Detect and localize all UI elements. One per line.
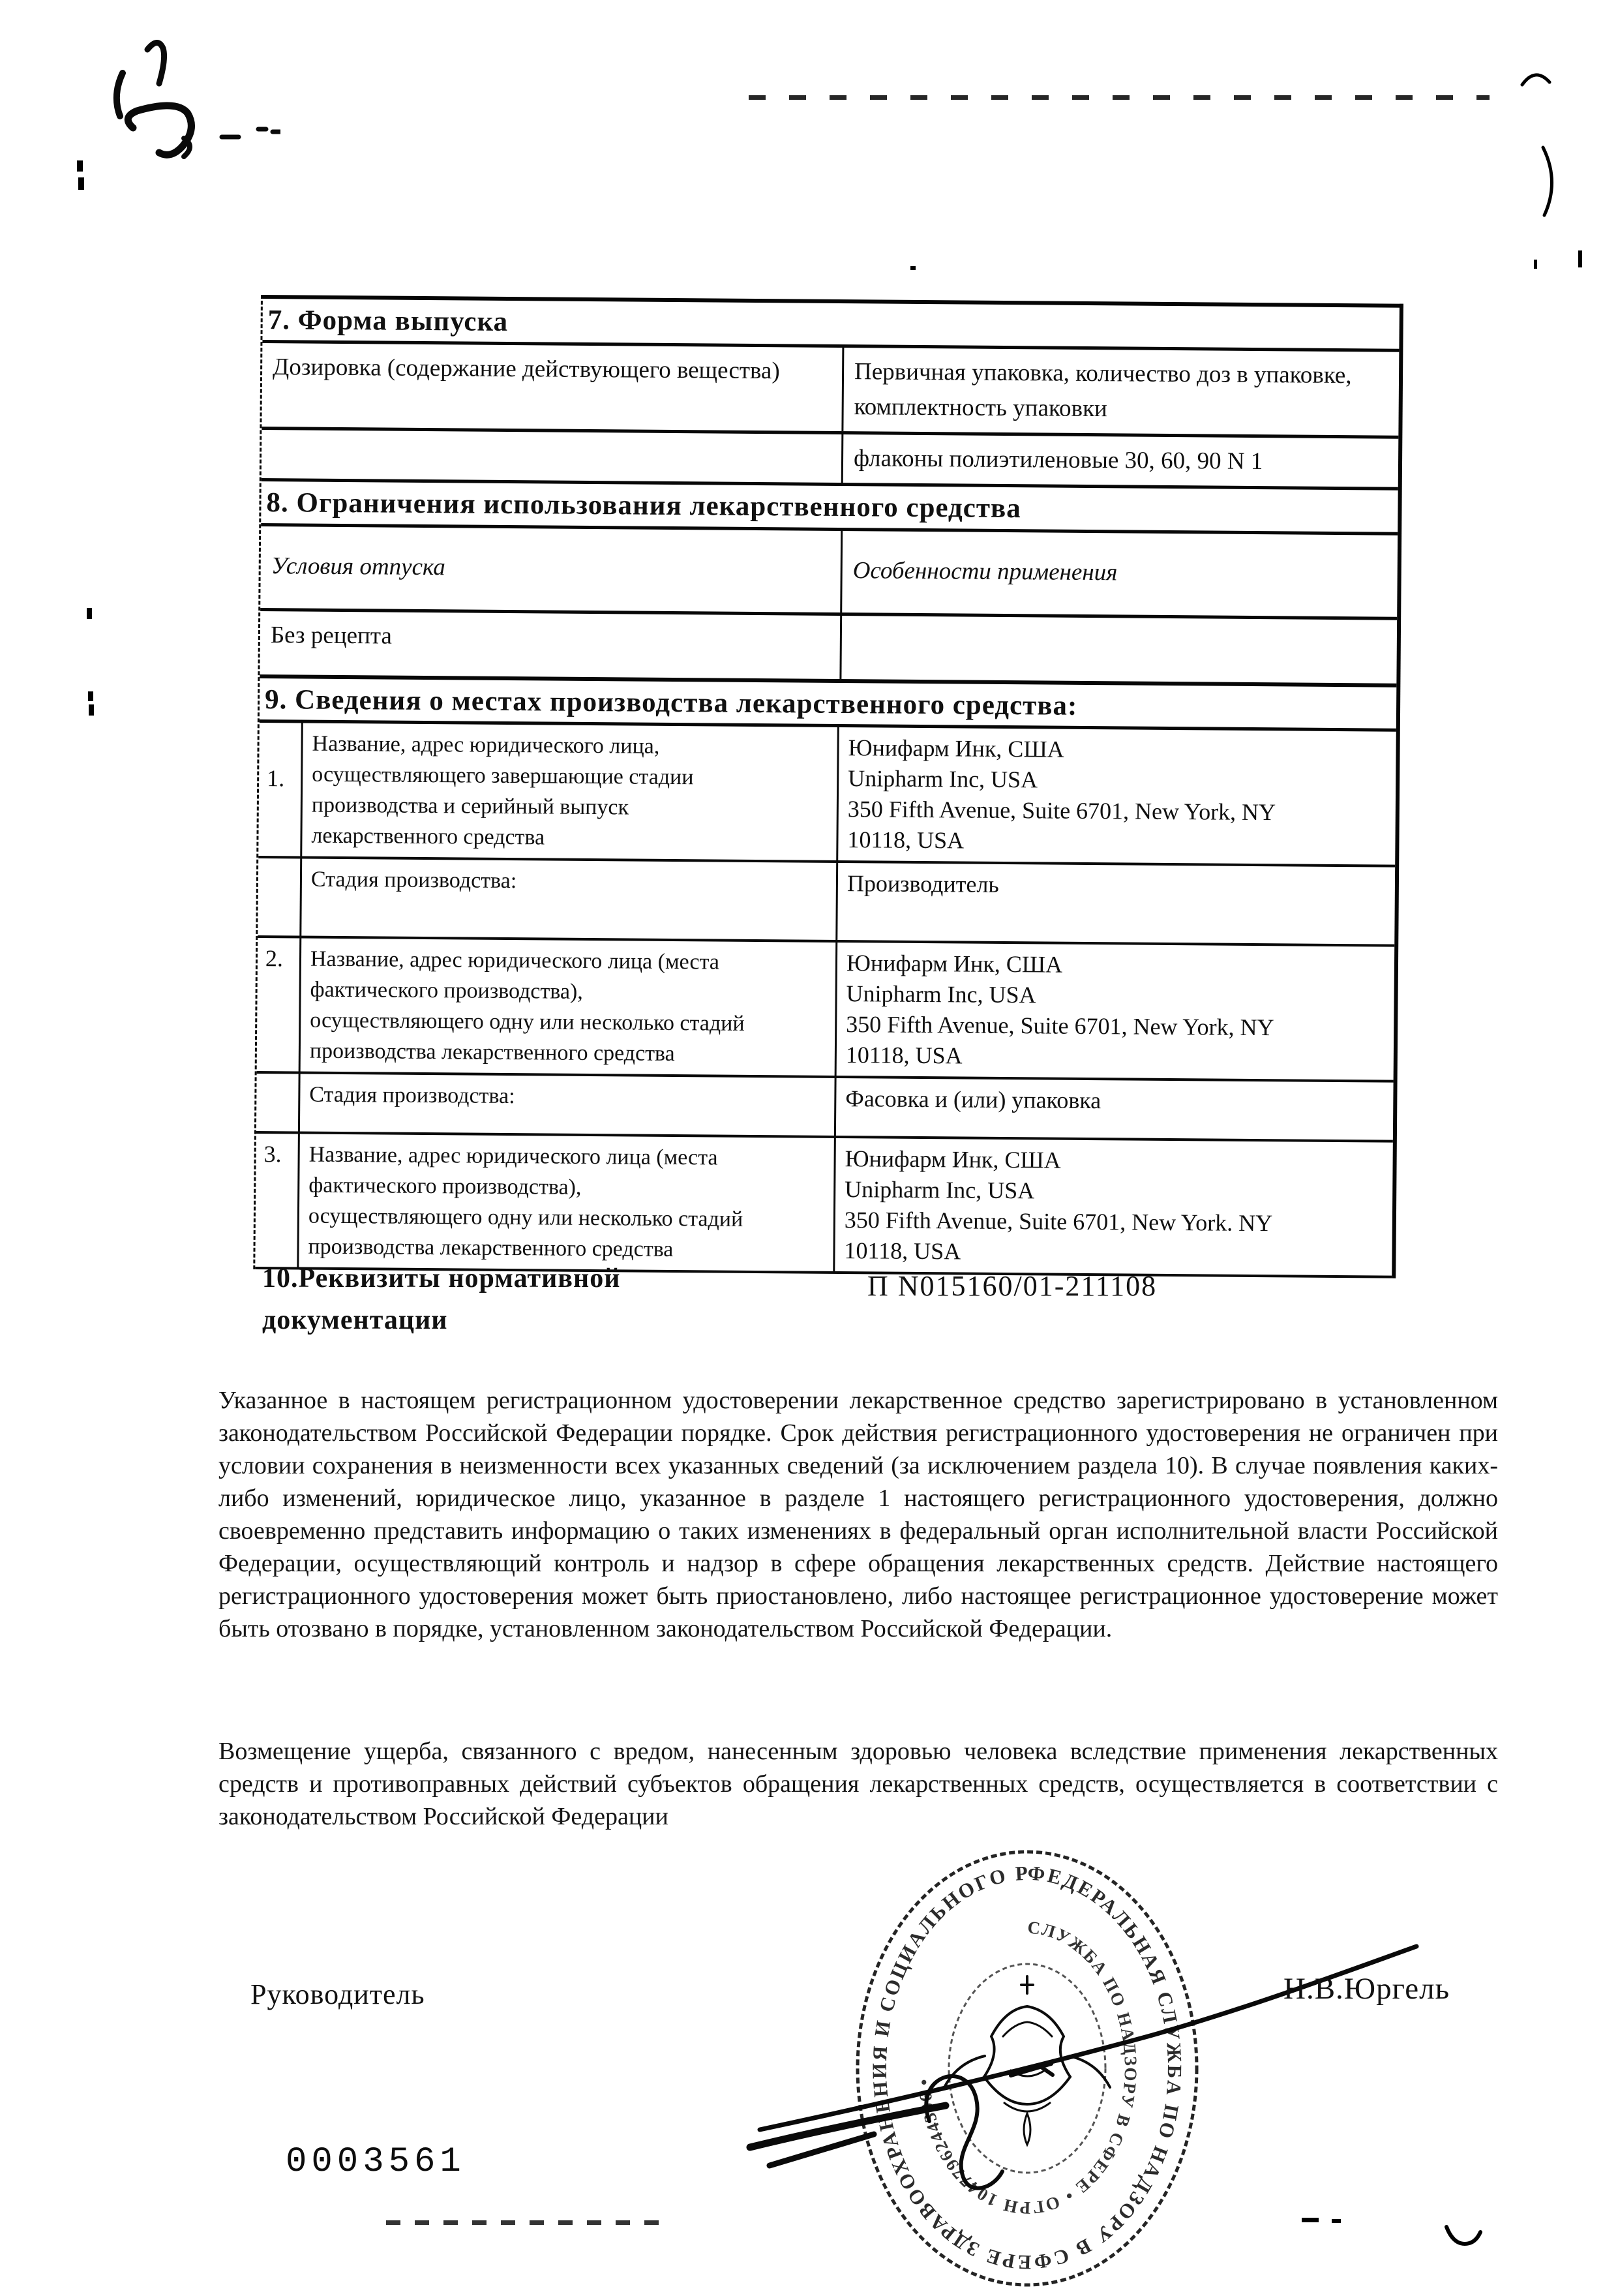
label-line: Название, адрес юридического лица, [312, 729, 828, 763]
value-line: Unipharm Inc, USA [848, 763, 1386, 798]
margin-tick [87, 608, 92, 619]
margin-tick [78, 177, 84, 190]
label-line: осуществляющего завершающие стадии [312, 759, 828, 794]
legal-paragraph-1: Указанное в настоящем регистрационном уд… [218, 1384, 1498, 1645]
site-label-cell: Название, адрес юридического лица (места… [301, 939, 838, 1076]
signer-role-label: Руководитель [250, 1978, 425, 2011]
certificate-table: 7. Форма выпуска Дозировка (содержание д… [253, 295, 1403, 1278]
margin-tick [77, 160, 83, 172]
label-line: фактического производства), [308, 1170, 824, 1205]
legal-paragraph-2: Возмещение ущерба, связанного с вредом, … [218, 1735, 1498, 1833]
section7-header-row: Дозировка (содержание действующего вещес… [262, 343, 1399, 439]
handwritten-signature [730, 1911, 1448, 2195]
production-stage-row-2: Стадия производства: Фасовка и (или) упа… [256, 1074, 1394, 1143]
dose-value-cell [262, 430, 844, 483]
pack-value-cell: флаконы полиэтиленовые 30, 60, 90 N 1 [843, 434, 1399, 487]
stage-label-cell: Стадия производства: [301, 859, 838, 940]
margin-tick [89, 704, 94, 716]
stage-value-cell: Фасовка и (или) упаковка [836, 1078, 1394, 1140]
production-site-row-2: 2. Название, адрес юридического лица (ме… [257, 938, 1395, 1083]
value-line: 350 Fifth Avenue, Suite 6701, New York, … [848, 794, 1386, 828]
row-number: 1. [258, 723, 303, 856]
value-line: Юнифарм Инк, США [845, 1143, 1383, 1178]
value-line: Юнифарм Инк, США [848, 733, 1386, 767]
section10-title-line1: 10.Реквизиты нормативной [262, 1258, 758, 1299]
margin-tick [88, 691, 93, 701]
registration-number: П N015160/01-211108 [867, 1269, 1157, 1303]
production-stage-row-1: Стадия производства: Производитель [258, 858, 1395, 947]
value-line: 10118, USA [844, 1235, 1383, 1270]
section8-value-row: Без рецепта [260, 611, 1397, 686]
label-line: фактического производства), [310, 974, 826, 1009]
value-line: 10118, USA [847, 824, 1386, 859]
site-value-cell: Юнифарм Инк, США Unipharm Inc, USA 350 F… [837, 943, 1395, 1080]
usage-header-cell: Особенности применения [842, 531, 1398, 617]
row-number-empty [256, 1074, 301, 1132]
label-line: лекарственного средства [311, 821, 827, 855]
label-line: производства и серийный выпуск [312, 790, 828, 824]
section10-title: 10.Реквизиты нормативной документации [262, 1258, 758, 1341]
row-number-empty [258, 858, 302, 936]
value-line: Юнифарм Инк, США [846, 948, 1385, 982]
row-number: 3. [255, 1134, 300, 1267]
pack-header-line: комплектность упаковки [854, 390, 1388, 429]
production-site-row-3: 3. Название, адрес юридического лица (ме… [255, 1134, 1393, 1278]
label-line: производства лекарственного средства [310, 1036, 826, 1070]
pack-header-line: Первичная упаковка, количество доз в упа… [854, 355, 1388, 394]
scanned-registration-certificate-page: 7. Форма выпуска Дозировка (содержание д… [0, 0, 1603, 2296]
value-line: Unipharm Inc, USA [845, 1174, 1383, 1209]
label-line: Название, адрес юридического лица (места [308, 1140, 824, 1174]
scan-paren-mark-right [1538, 145, 1564, 218]
scan-smile-mark [1443, 2222, 1483, 2249]
dose-header-cell: Дозировка (содержание действующего вещес… [262, 343, 844, 431]
stage-label-cell: Стадия производства: [300, 1074, 837, 1136]
handwritten-mark [85, 33, 280, 183]
margin-tick [910, 266, 916, 270]
dispense-value-cell: Без рецепта [260, 611, 842, 681]
value-line: Unipharm Inc, USA [846, 978, 1385, 1013]
scan-dot [1302, 2218, 1319, 2222]
dispense-header-cell: Условия отпуска [260, 526, 843, 612]
scan-dash-line-bottom [386, 2220, 660, 2225]
signer-name: Н.В.Юргель [1283, 1971, 1450, 2006]
label-line: Название, адрес юридического лица (места [310, 944, 826, 978]
pack-header-cell: Первичная упаковка, количество доз в упа… [843, 348, 1399, 436]
label-line: осуществляющего одну или несколько стади… [308, 1201, 824, 1235]
production-site-row-1: 1. Название, адрес юридического лица, ос… [258, 723, 1396, 868]
margin-tick [1534, 260, 1537, 269]
scan-dot [1332, 2219, 1341, 2223]
usage-value-cell [841, 616, 1397, 686]
label-line: осуществляющего одну или несколько стади… [310, 1005, 826, 1040]
margin-tick [1578, 250, 1582, 267]
scan-dash-line-top [749, 95, 1490, 100]
value-line: 350 Fifth Avenue, Suite 6701, New York. … [845, 1205, 1383, 1239]
row-number: 2. [257, 938, 302, 1072]
site-label-cell: Название, адрес юридического лица (места… [299, 1134, 836, 1271]
value-line: 350 Fifth Avenue, Suite 6701, New York, … [846, 1009, 1385, 1044]
form-serial-number: 0003561 [286, 2142, 466, 2182]
section8-header-row: Условия отпуска Особенности применения [260, 526, 1398, 620]
value-line: 10118, USA [846, 1040, 1385, 1074]
section7-value-row: флаконы полиэтиленовые 30, 60, 90 N 1 [262, 430, 1399, 491]
site-value-cell: Юнифарм Инк, США Unipharm Inc, USA 350 F… [838, 727, 1396, 865]
section10-title-line2: документации [262, 1299, 758, 1341]
site-label-cell: Название, адрес юридического лица, осуще… [302, 723, 839, 860]
stage-value-cell: Производитель [837, 863, 1395, 944]
site-value-cell: Юнифарм Инк, США Unipharm Inc, USA 350 F… [835, 1138, 1393, 1276]
scan-arc-mark-top-right [1520, 65, 1555, 94]
